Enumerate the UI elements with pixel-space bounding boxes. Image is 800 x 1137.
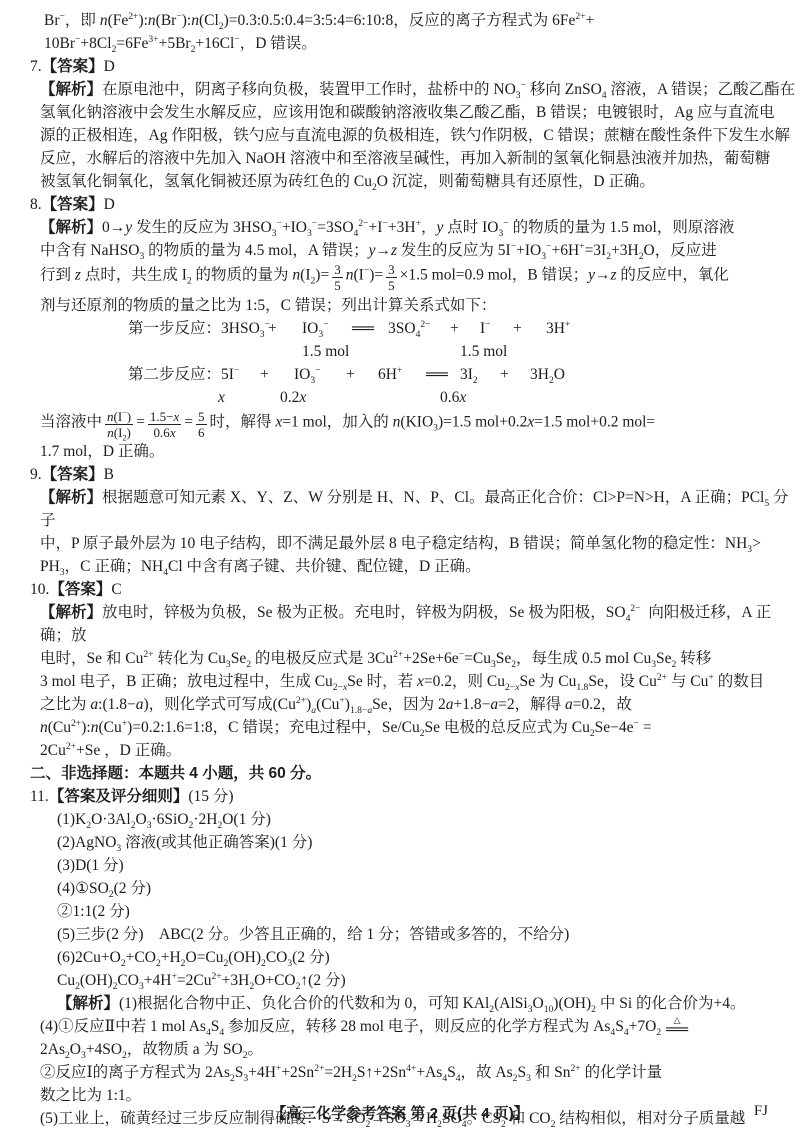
eq-term: 第二步反应：5I− bbox=[128, 363, 239, 386]
text-line: PH3，C 正确；NH4Cl 中含有离子键、共价键、配位键，D 正确。 bbox=[0, 555, 800, 578]
text-line: 中含有 NaHSO3 的物质的量为 4.5 mol，A 错误；y→z 发生的反应… bbox=[0, 239, 800, 262]
text-line: 【解析】在原电池中，阴离子移向负极，装置甲工作时，盐桥中的 NO3− 移向 Zn… bbox=[0, 78, 800, 101]
eq-term: 0.2x bbox=[280, 386, 306, 409]
text-line: 2As2O3+4SO2，故物质 a 为 SO2。 bbox=[0, 1038, 800, 1061]
text-line: Br−，即 n(Fe2+):n(Br−):n(Cl2)=0.3:0.5:0.4=… bbox=[0, 9, 800, 32]
text-line: (1)K2O·3Al2O3·6SiO2·2H2O(1 分) bbox=[0, 808, 800, 831]
eq-term: 3H+ bbox=[546, 317, 570, 340]
text-line: 【解析】放电时，锌极为负极，Se 极为正极。充电时，锌极为阴极，Se 极为阳极，… bbox=[0, 601, 800, 647]
eq-term: IO3− bbox=[294, 363, 321, 386]
answer-sheet-page: Br−，即 n(Fe2+):n(Br−):n(Cl2)=0.3:0.5:0.4=… bbox=[0, 0, 800, 1137]
eq-term: + bbox=[500, 363, 509, 386]
text-line: 10.【答案】C bbox=[0, 578, 800, 601]
text-line: 剂与还原剂的物质的量之比为 1:5，C 错误；列出计算关系式如下： bbox=[0, 294, 800, 317]
eq-term: + bbox=[450, 317, 459, 340]
eq-term: 第一步反应：3HSO3− bbox=[128, 317, 270, 340]
text-line: 2Cu2++Se ，D 正确。 bbox=[0, 739, 800, 762]
text-line: (5)三步(2 分) ABC(2 分。少答且正确的，给 1 分；答错或多答的，不… bbox=[0, 923, 800, 946]
text-line: 第一步反应：3HSO3−+IO3−══3SO42−+I−+3H+ bbox=[0, 317, 800, 340]
text-line: (4)①反应Ⅱ中若 1 mol As4S4 参加反应，转移 28 mol 电子，… bbox=[0, 1015, 800, 1038]
eq-term: 3I2 bbox=[460, 363, 478, 386]
text-line: 1.5 mol1.5 mol bbox=[0, 340, 800, 363]
eq-term: IO3− bbox=[302, 317, 329, 340]
text-line: Cu2(OH)2CO3+4H+=2Cu2++3H2O+CO2↑(2 分) bbox=[0, 969, 800, 992]
text-line: x0.2x0.6x bbox=[0, 386, 800, 409]
text-line: 3 mol 电子，B 正确；放电过程中，生成 Cu2−xSe 时，若 x=0.2… bbox=[0, 670, 800, 693]
text-line: 氢氧化钠溶液中会发生水解反应，应该用饱和碳酸钠溶液收集乙酸乙酯，B 错误；电镀银… bbox=[0, 101, 800, 124]
eq-term: x bbox=[218, 386, 225, 409]
delta-equals-symbol: △══ bbox=[666, 1016, 688, 1036]
eq-term: I− bbox=[480, 317, 491, 340]
text-line: 10Br−+8Cl2=6Fe3++5Br2+16Cl−，D 错误。 bbox=[0, 32, 800, 55]
fraction: n(I−)n(I2) bbox=[105, 409, 133, 441]
footer-code: FJ bbox=[754, 1103, 768, 1120]
text-line: 被氢氧化铜氧化，氢氧化铜被还原为砖红色的 Cu2O 沉淀，则葡萄糖具有还原性，D… bbox=[0, 170, 800, 193]
text-line: ②1:1(2 分) bbox=[0, 900, 800, 923]
answer-content: Br−，即 n(Fe2+):n(Br−):n(Cl2)=0.3:0.5:0.4=… bbox=[0, 9, 800, 1130]
footer-title: 【高三化学参考答案 第 2 页(共 4 页)】 bbox=[271, 1105, 529, 1122]
fraction: 35 bbox=[332, 262, 343, 294]
text-line: 11.【答案及评分细则】(15 分) bbox=[0, 785, 800, 808]
eq-term: 3H2O bbox=[530, 363, 565, 386]
text-line: 之比为 a:(1.8−a)，则化学式可写成(Cu2+)a(Cu+)1.8−aSe… bbox=[0, 693, 800, 716]
text-line: 1.7 mol，D 正确。 bbox=[0, 440, 800, 463]
text-line: (2)AgNO3 溶液(或其他正确答案)(1 分) bbox=[0, 831, 800, 854]
page-footer: 【高三化学参考答案 第 2 页(共 4 页)】 FJ bbox=[0, 1102, 800, 1123]
eq-term: 6H+ bbox=[378, 363, 402, 386]
text-line: ②反应Ⅰ的离子方程式为 2As2S3+4H++2Sn2+=2H2S↑+2Sn4+… bbox=[0, 1061, 800, 1084]
fraction: 35 bbox=[386, 262, 397, 294]
text-line: 当溶液中n(I−)n(I2)=1.5−x0.6x=56时，解得 x=1 mol，… bbox=[0, 409, 800, 441]
text-line: 行到 z 点时，共生成 I2 的物质的量为 n(I2)=35n(I−)=35×1… bbox=[0, 262, 800, 294]
eq-term: 0.6x bbox=[440, 386, 466, 409]
text-line: 9.【答案】B bbox=[0, 463, 800, 486]
text-line: 8.【答案】D bbox=[0, 193, 800, 216]
text-line: 反应，水解后的溶液中先加入 NaOH 溶液中和至溶液呈碱性，再加入新制的氢氧化铜… bbox=[0, 147, 800, 170]
text-line: n(Cu2+):n(Cu+)=0.2:1.6=1:8，C 错误；充电过程中，Se… bbox=[0, 716, 800, 739]
text-line: (6)2Cu+O2+CO2+H2O=Cu2(OH)2CO3(2 分) bbox=[0, 946, 800, 969]
eq-term: + bbox=[260, 363, 269, 386]
eq-term: + bbox=[346, 363, 355, 386]
fraction: 56 bbox=[196, 409, 207, 441]
eq-term: 1.5 mol bbox=[460, 340, 507, 363]
eq-term: 1.5 mol bbox=[302, 340, 349, 363]
text-line: 第二步反应：5I−+IO3−+6H+══3I2+3H2O bbox=[0, 363, 800, 386]
eq-term: ══ bbox=[352, 317, 374, 340]
text-line: (4)①SO2(2 分) bbox=[0, 877, 800, 900]
text-line: 二、非选择题：本题共 4 小题，共 60 分。 bbox=[0, 762, 800, 785]
text-line: 【解析】(1)根据化合物中正、负化合价的代数和为 0，可知 KAl2(AlSi3… bbox=[0, 992, 800, 1015]
text-line: 中，P 原子最外层为 10 电子结构，即不满足最外层 8 电子稳定结构，B 错误… bbox=[0, 532, 800, 555]
text-line: 7.【答案】D bbox=[0, 55, 800, 78]
eq-term: + bbox=[268, 317, 277, 340]
eq-term: ══ bbox=[426, 363, 448, 386]
eq-term: 3SO42− bbox=[388, 317, 431, 340]
text-line: 源的正极相连，Ag 作阳极，铁勺应与直流电源的负极相连，铁勺作阴极，C 错误；蔗… bbox=[0, 124, 800, 147]
text-line: 电时，Se 和 Cu2+ 转化为 Cu3Se2 的电极反应式是 3Cu2++2S… bbox=[0, 647, 800, 670]
fraction: 1.5−x0.6x bbox=[148, 409, 181, 441]
eq-term: + bbox=[513, 317, 522, 340]
text-line: 【解析】根据题意可知元素 X、Y、Z、W 分别是 H、N、P、Cl。最高正化合价… bbox=[0, 486, 800, 532]
text-line: (3)D(1 分) bbox=[0, 854, 800, 877]
text-line: 【解析】0→y 发生的反应为 3HSO3−+IO3−=3SO42−+I−+3H+… bbox=[0, 216, 800, 239]
